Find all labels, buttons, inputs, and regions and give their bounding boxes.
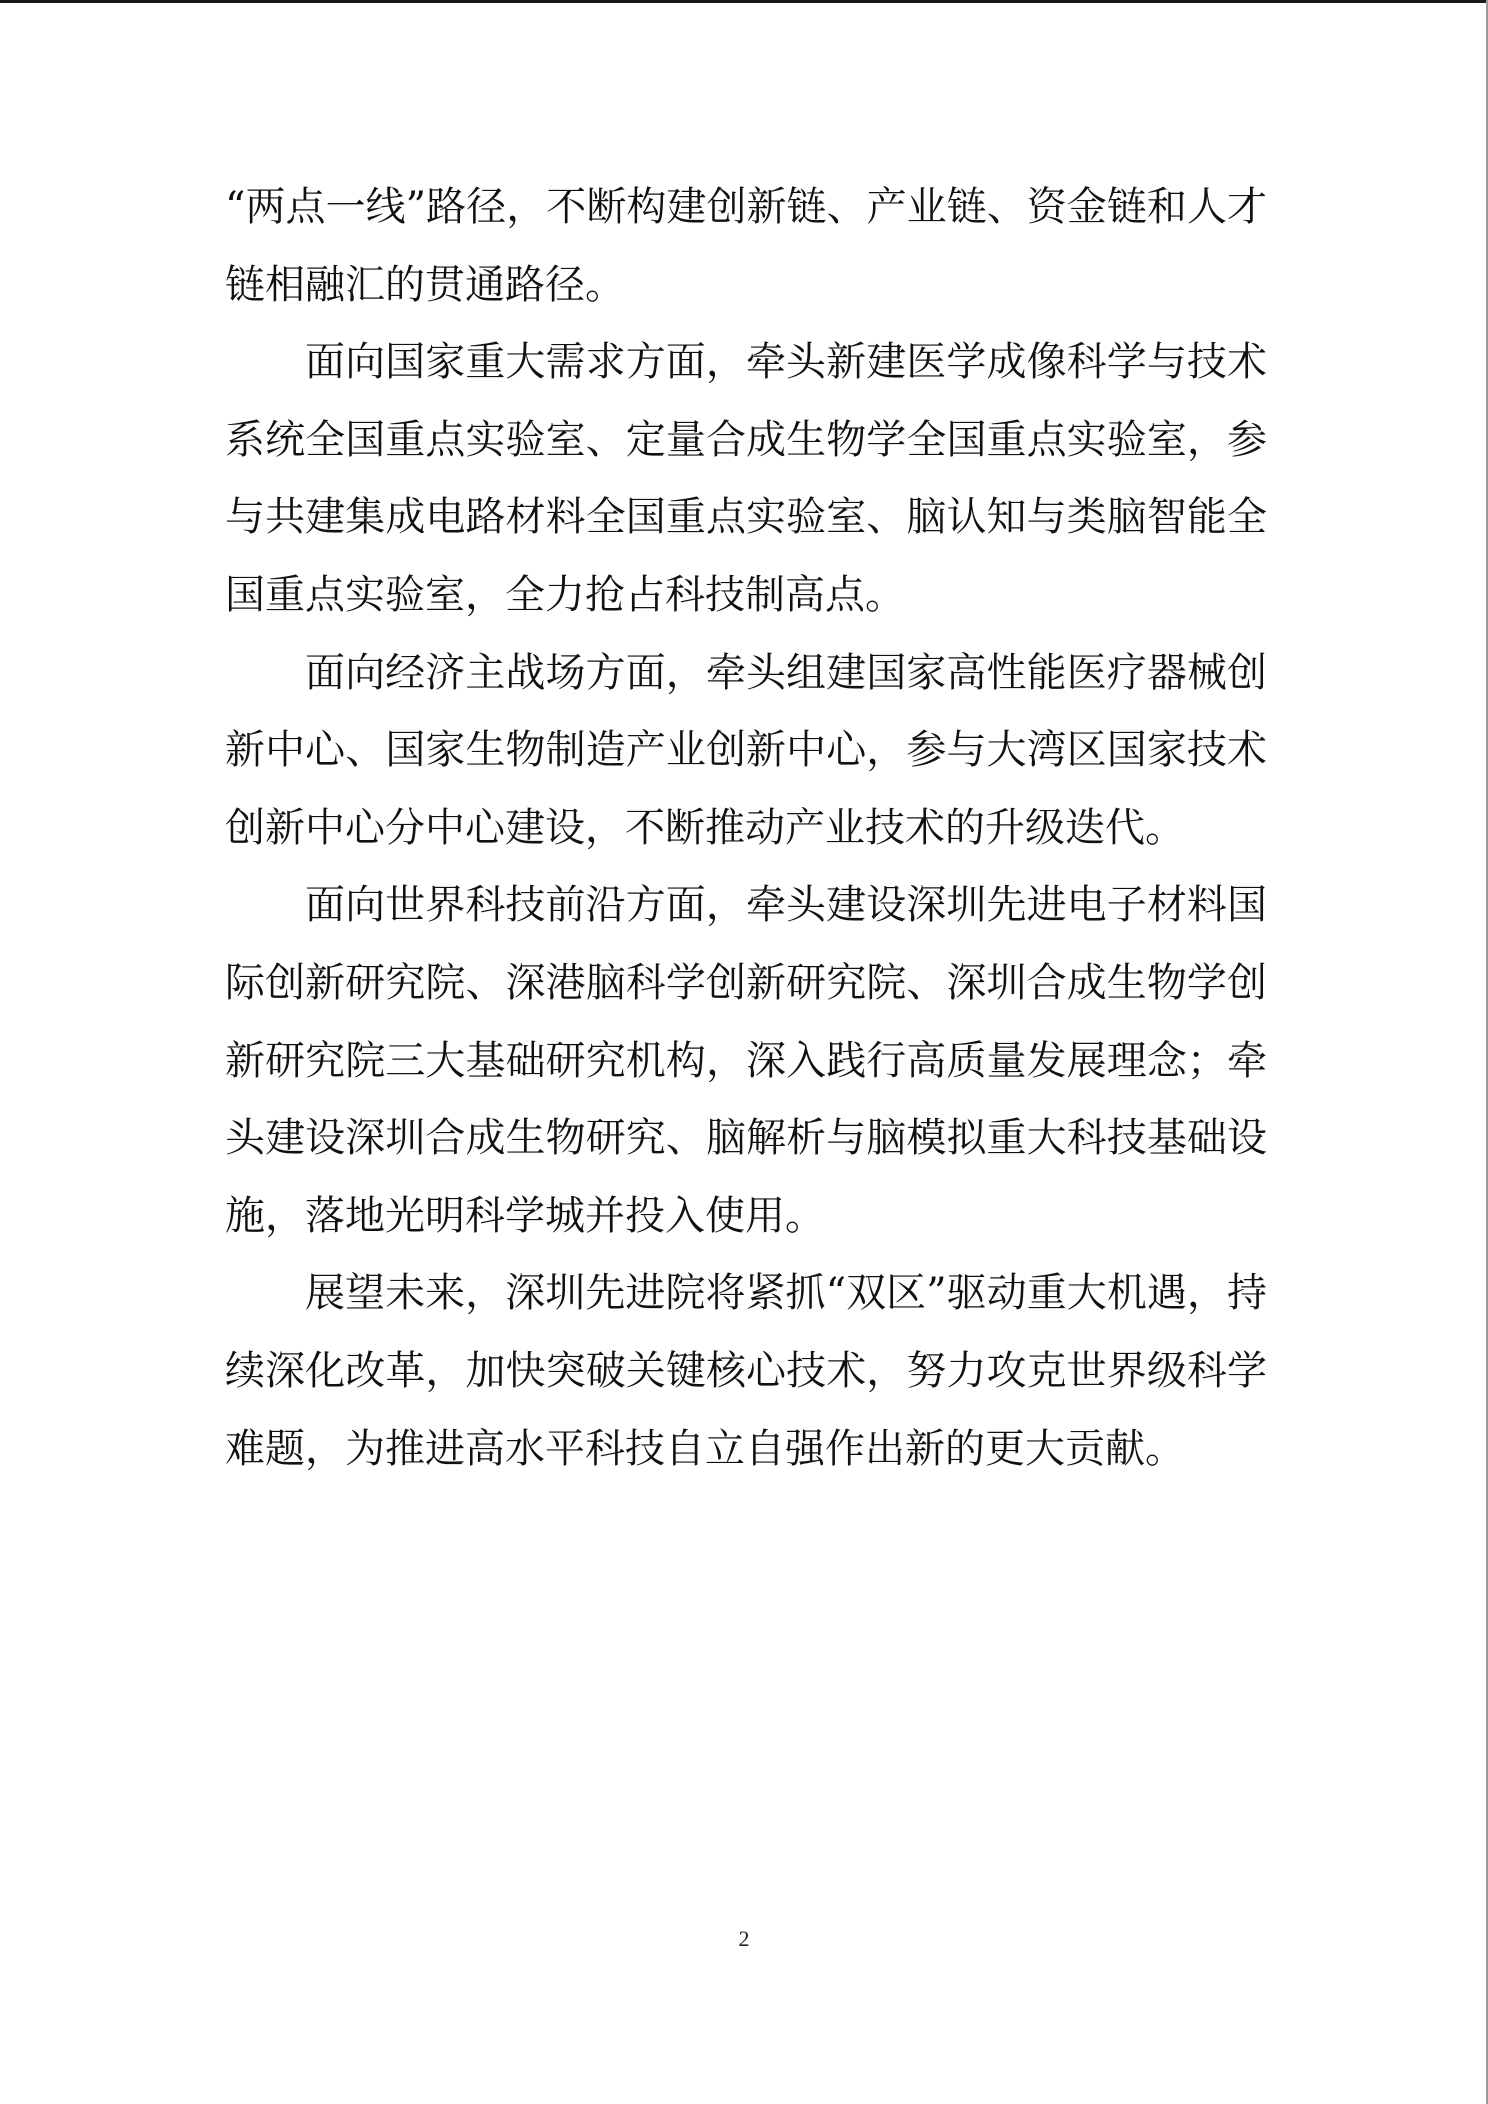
paragraph-continuation: “两点一线”路径，不断构建创新链、产业链、资金链和人才链相融汇的贯通路径。 xyxy=(225,169,1267,324)
page-top-edge xyxy=(0,0,1488,3)
page-number: 2 xyxy=(0,1926,1488,1952)
paragraph-economic-battlefield: 面向经济主战场方面，牵头组建国家高性能医疗器械创新中心、国家生物制造产业创新中心… xyxy=(225,635,1267,868)
document-body: “两点一线”路径，不断构建创新链、产业链、资金链和人才链相融汇的贯通路径。 面向… xyxy=(225,169,1267,1488)
paragraph-outlook: 展望未来，深圳先进院将紧抓“双区”驱动重大机遇，持续深化改革，加快突破关键核心技… xyxy=(225,1255,1267,1488)
paragraph-science-frontier: 面向世界科技前沿方面，牵头建设深圳先进电子材料国际创新研究院、深港脑科学创新研究… xyxy=(225,867,1267,1255)
paragraph-national-needs: 面向国家重大需求方面，牵头新建医学成像科学与技术系统全国重点实验室、定量合成生物… xyxy=(225,324,1267,634)
